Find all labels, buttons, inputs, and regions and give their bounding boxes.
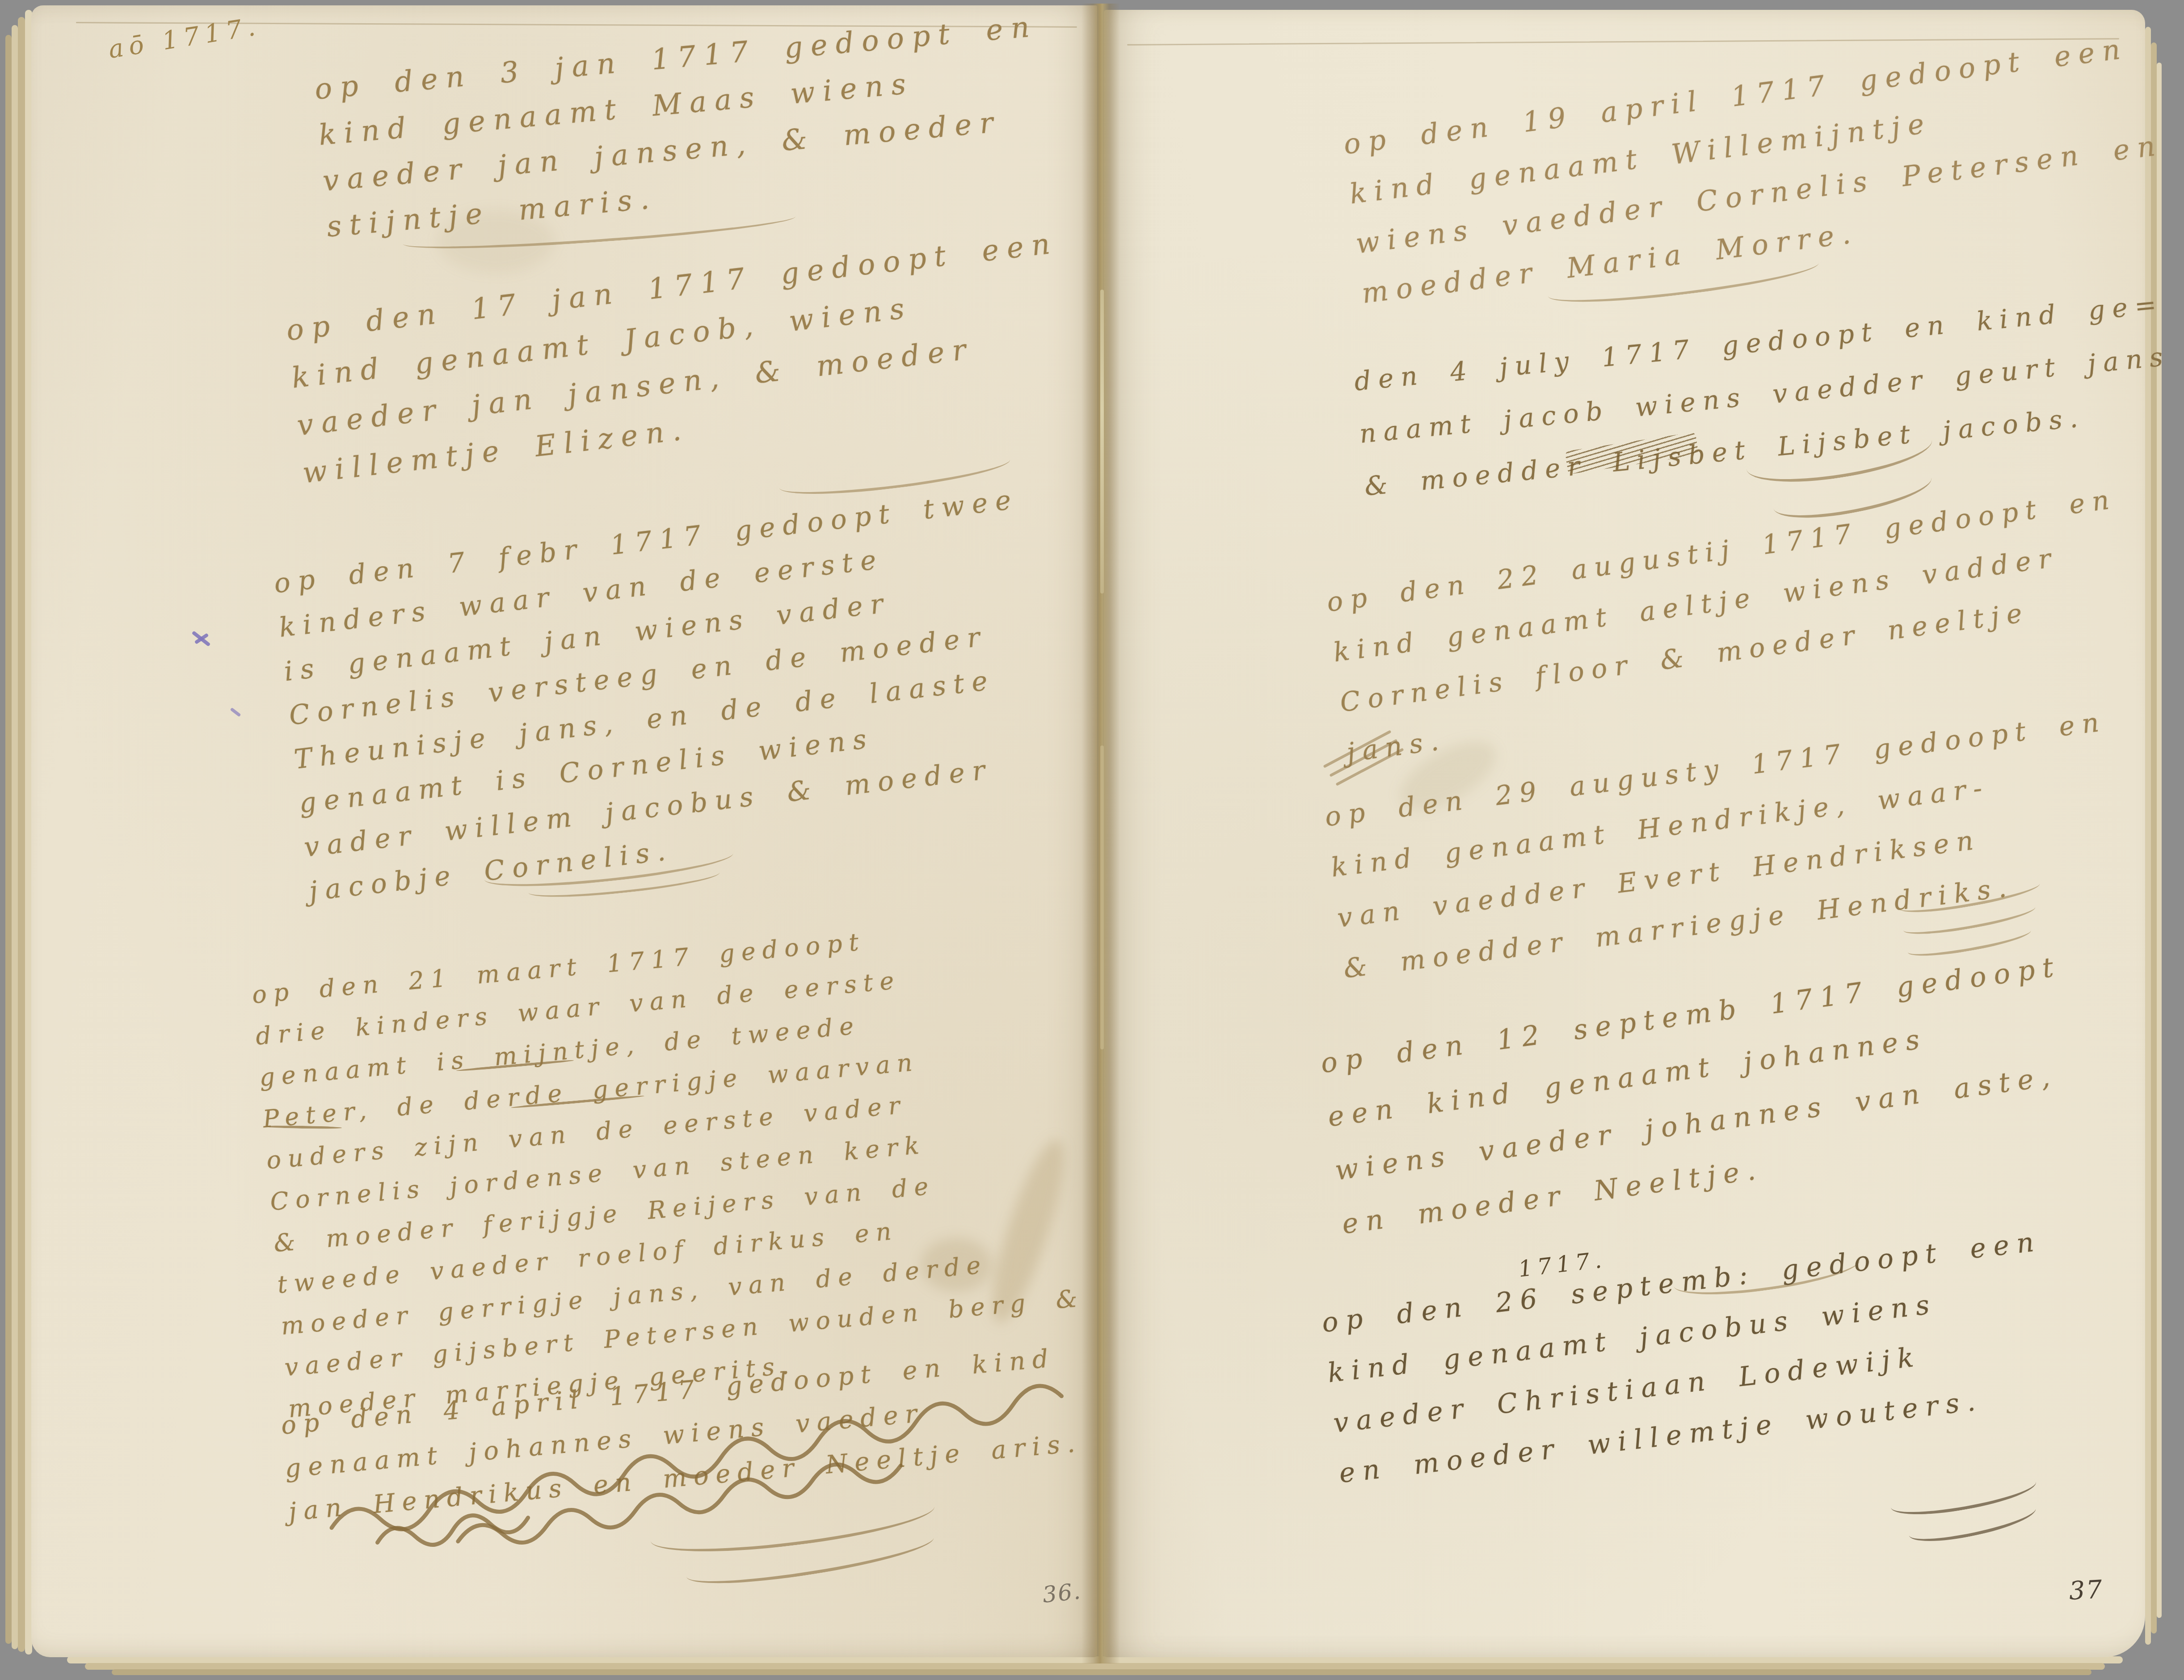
manuscript-scan: { "document_type_label": "baptism regist… [0,0,2184,1680]
page-edge-stack [112,1669,2091,1675]
strike-scribble [322,1461,1108,1569]
hatch-marks [1319,735,1409,789]
page-number: 36. [1041,1578,1083,1608]
page-number: 37 [2068,1575,2104,1606]
gutter [1081,4,1120,1663]
page-edge-stack [5,35,12,1644]
page-edge-stack [2145,27,2151,1645]
binding-stitch [1100,290,1104,594]
page-edge-stack [85,1663,2105,1670]
year-superscript: 1717. [1515,1234,1609,1295]
ink-blot-x [189,627,213,650]
page-edge-stack [12,25,18,1649]
page-edge-stack [18,17,25,1652]
